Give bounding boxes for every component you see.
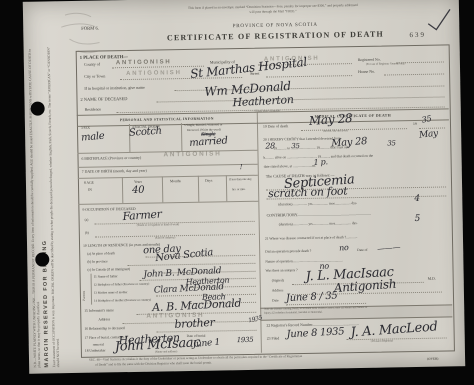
county-stamp: ANTIGONISH (116, 59, 172, 66)
informant-label: 15 Informant's name (84, 309, 114, 313)
certify-from-day-handwriting: 28 (265, 142, 275, 150)
date-of-death-label: 19 Date of death (263, 124, 288, 128)
duration-days-handwriting-1: 4 (414, 195, 420, 204)
personal-header: PERSONAL AND STATISTICAL INFORMATION (120, 117, 214, 123)
city-label: City or Town (84, 74, 105, 79)
deceased-name-label: 2 NAME OF DECEASED (80, 97, 127, 102)
death-time-handwriting: 1 p. (313, 158, 328, 167)
autopsy-question-label: Was there an autopsy ? (265, 269, 297, 273)
house-no-label: House No. (358, 70, 375, 74)
relationship-label: 16 Relationship to deceased (84, 327, 124, 331)
occupation-b-note: (Kind of industry) (155, 237, 175, 240)
certificate-title: CERTIFICATE OF REGISTRATION OF DEATH (95, 29, 455, 44)
age-less-label-2: hrs. or min. (232, 188, 245, 191)
sex-label: 3 SEX (81, 127, 90, 131)
county-label: County of (84, 62, 100, 66)
scanned-death-certificate: N.B.—WRITE PLAINLY WITH UNFADING INK—THI… (0, 0, 474, 385)
city-stamp: ANTIGONISH (126, 70, 182, 77)
operation-answer-handwriting: no (339, 244, 349, 253)
burial-place-label-2: removal (93, 343, 104, 347)
duration-days-handwriting-2: 5 (415, 215, 421, 224)
residence-c-label: (c) In Canada (if an immigrant) (87, 268, 130, 272)
certificate-paper: N.B.—WRITE PLAINLY WITH UNFADING INK—THI… (23, 0, 465, 374)
occupation-b-label: (b) (85, 232, 89, 236)
md-label: M.D. (428, 277, 436, 281)
certificate-date-label: Date (272, 299, 279, 303)
over-label: (OVER) (427, 358, 438, 361)
occupation-handwriting: Farmer (122, 208, 162, 222)
mother-label: 13 Maiden name of mother (94, 291, 128, 295)
age-years-handwriting: 40 (132, 186, 144, 196)
undertaker-note: (Name and address) (155, 351, 177, 354)
binding-margin: N.B.—WRITE PLAINLY WITH UNFADING INK—THI… (27, 41, 81, 368)
age-less-label-1: If less than one day, (229, 178, 252, 181)
sec46-note-2: of Death” and to file the same with the … (95, 362, 212, 367)
certify-to-year-handwriting: 35 (387, 140, 395, 147)
dob-mark-handwriting: ! (240, 164, 243, 171)
filed-label: 23 Filed (267, 336, 280, 340)
operation-date-label: Date of (357, 249, 367, 253)
death-year-printed: 19 (413, 122, 417, 126)
division-registrar-note: (Division Registrar) (371, 340, 393, 343)
occupation-a-label: (a) (85, 219, 89, 223)
parents-rotated-label: Parents (83, 291, 87, 301)
burial-year-handwriting: 1935 (237, 337, 254, 344)
undertaker-label: 18 Undertaker (85, 349, 106, 353)
informant-address-label: Address (98, 318, 110, 322)
signed-label: (Signed) (272, 279, 284, 283)
date-of-death-handwriting: May 28 (309, 112, 353, 127)
residence-handwriting: Heatherton (232, 94, 294, 108)
sex-handwriting: male (81, 132, 105, 144)
certificate-number: 639 (409, 32, 426, 40)
residence-label: Residence (85, 107, 102, 111)
age-days-label: Days (205, 180, 212, 184)
age-months-label: Months (170, 180, 181, 184)
relationship-handwriting: brother (174, 317, 215, 330)
certify-from-year-handwriting: 35 (291, 143, 299, 150)
age-label-2: IN (88, 189, 92, 193)
date-of-death-note: (month, day and year) (323, 130, 348, 133)
father-label: 11 Name of father (94, 275, 118, 279)
physician-address-label: Address (272, 289, 284, 293)
age-label-1: 8 AGE (84, 182, 94, 186)
registered-no-label: Registered No. (358, 58, 381, 62)
residence-a-label: (a) At place of death (87, 252, 115, 256)
residence-b-label: (b) In province (87, 260, 107, 264)
birthplace-stamp: ANTIGONISH (163, 151, 221, 158)
operation-question-label: Did an operation precede death ? (265, 250, 311, 254)
